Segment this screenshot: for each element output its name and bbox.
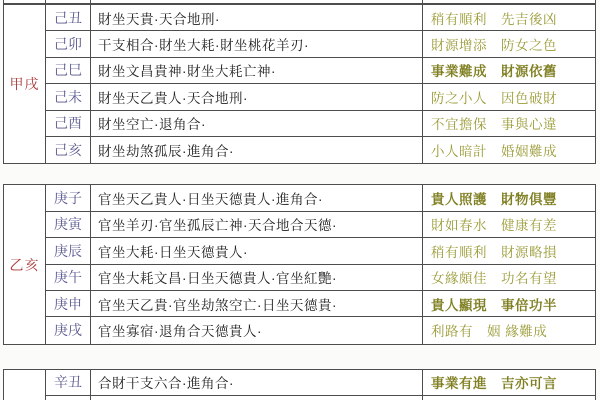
description-cell: 干支相合·財坐大耗·財坐桃花羊刃·: [91, 31, 423, 56]
section-rows: 己丑 財坐天貴·天合地刑· 稍有順利 先吉後凶 己卯 干支相合·財坐大耗·財坐桃…: [46, 5, 595, 163]
section-xin: 辛丑 合財干支六合·進角合· 事業有進 吉亦可言: [3, 369, 596, 400]
table-row: 庚子 官坐天乙貴人·日坐天德貴人·進角合· 貴人照護 財物俱豐: [46, 185, 595, 211]
ganzhi-cell: 己亥: [46, 137, 91, 163]
description-cell: 官坐天乙貴·官坐劫煞空亡·日坐天德貴·: [91, 291, 423, 316]
cutoff-cell: [46, 0, 91, 3]
table-row: 己未 財坐天乙貴人·天合地刑· 防之小人 因色破財: [46, 84, 595, 110]
description-cell: 財坐天乙貴人·天合地刑·: [91, 84, 423, 109]
ganzhi-cell: 庚子: [46, 185, 91, 210]
table-row: 己巳 財坐文昌貴神·財坐大耗亡神· 事業難成 財源依舊: [46, 58, 595, 84]
description-cell: 官坐羊刃·官坐孤辰亡神·天合地合天德·: [91, 212, 423, 237]
description-cell: 財坐天貴·天合地刑·: [91, 5, 423, 30]
verdict-cell: 女緣頗佳 功名有望: [423, 265, 595, 290]
description-cell: 財坐文昌貴神·財坐大耗亡神·: [91, 58, 423, 83]
table-row: 庚戌 官坐寡宿·退角合天德貴人· 利路有 姻 緣難成: [46, 317, 595, 343]
cutoff-cell: [423, 0, 595, 3]
cutoff-cell: [46, 396, 91, 400]
description-cell: 官坐天乙貴人·日坐天德貴人·進角合·: [91, 185, 423, 210]
description-cell: 官坐寡宿·退角合天德貴人·: [91, 317, 423, 343]
section-rows: 辛丑 合財干支六合·進角合· 事業有進 吉亦可言: [46, 370, 595, 400]
verdict-cell: 稍有順利 先吉後凶: [423, 5, 595, 30]
description-cell: 合財干支六合·進角合·: [91, 370, 423, 395]
section-jiaxu: 甲戌 己丑 財坐天貴·天合地刑· 稍有順利 先吉後凶 己卯 干支相合·財坐大耗·…: [3, 4, 596, 164]
fortune-table: 甲戌 己丑 財坐天貴·天合地刑· 稍有順利 先吉後凶 己卯 干支相合·財坐大耗·…: [3, 0, 596, 400]
day-pillar-label: 甲戌: [4, 5, 46, 163]
description-cell: 官坐大耗文昌·日坐天德貴人·官坐紅艷·: [91, 265, 423, 290]
section-rows: 庚子 官坐天乙貴人·日坐天德貴人·進角合· 貴人照護 財物俱豐 庚寅 官坐羊刃·…: [46, 185, 595, 343]
ganzhi-cell: 庚申: [46, 291, 91, 316]
cutoff-row-bottom: [46, 396, 595, 400]
verdict-cell: 小人暗計 婚姻難成: [423, 137, 595, 163]
ganzhi-cell: 己丑: [46, 5, 91, 30]
description-cell: 財坐劫煞孤辰·進角合·: [91, 137, 423, 163]
ganzhi-cell: 庚辰: [46, 238, 91, 263]
ganzhi-cell: 己卯: [46, 31, 91, 56]
verdict-cell: 不宜擔保 事與心違: [423, 111, 595, 136]
table-row: 己酉 財坐空亡·退角合· 不宜擔保 事與心違: [46, 111, 595, 137]
description-cell: 財坐空亡·退角合·: [91, 111, 423, 136]
section-yihai: 乙亥 庚子 官坐天乙貴人·日坐天德貴人·進角合· 貴人照護 財物俱豐 庚寅 官坐…: [3, 184, 596, 344]
ganzhi-cell: 己未: [46, 84, 91, 109]
cutoff-cell: [91, 396, 423, 400]
ganzhi-cell: 己巳: [46, 58, 91, 83]
ganzhi-cell: 庚寅: [46, 212, 91, 237]
table-row: 辛丑 合財干支六合·進角合· 事業有進 吉亦可言: [46, 370, 595, 396]
cutoff-cell: [423, 396, 595, 400]
table-row: 庚午 官坐大耗文昌·日坐天德貴人·官坐紅艷· 女緣頗佳 功名有望: [46, 265, 595, 291]
day-pillar-label: 乙亥: [4, 185, 46, 343]
cutoff-cell: [4, 0, 46, 3]
verdict-cell: 稍有順利 財源略損: [423, 238, 595, 263]
ganzhi-cell: 辛丑: [46, 370, 91, 395]
table-row: 庚辰 官坐大耗·日坐天德貴人· 稍有順利 財源略損: [46, 238, 595, 264]
table-row: 庚申 官坐天乙貴·官坐劫煞空亡·日坐天德貴· 貴人顯現 事倍功半: [46, 291, 595, 317]
verdict-cell: 貴人照護 財物俱豐: [423, 185, 595, 210]
day-pillar-label: [4, 370, 46, 400]
table-row: 庚寅 官坐羊刃·官坐孤辰亡神·天合地合天德· 財如春水 健康有差: [46, 212, 595, 238]
table-row: 己亥 財坐劫煞孤辰·進角合· 小人暗計 婚姻難成: [46, 137, 595, 163]
cutoff-cell: [91, 0, 423, 3]
verdict-cell: 財源增添 防女之色: [423, 31, 595, 56]
verdict-cell: 利路有 姻 緣難成: [423, 317, 595, 343]
ganzhi-cell: 己酉: [46, 111, 91, 136]
day-pillar-text: 乙亥: [10, 255, 40, 275]
table-row: 己丑 財坐天貴·天合地刑· 稍有順利 先吉後凶: [46, 5, 595, 31]
day-pillar-text: 甲戌: [10, 74, 40, 94]
ganzhi-cell: 庚戌: [46, 317, 91, 343]
ganzhi-cell: 庚午: [46, 265, 91, 290]
verdict-cell: 事業有進 吉亦可言: [423, 370, 595, 395]
verdict-cell: 事業難成 財源依舊: [423, 58, 595, 83]
description-cell: 官坐大耗·日坐天德貴人·: [91, 238, 423, 263]
bazi-fortune-table-page: 甲戌 己丑 財坐天貴·天合地刑· 稍有順利 先吉後凶 己卯 干支相合·財坐大耗·…: [0, 0, 600, 400]
verdict-cell: 貴人顯現 事倍功半: [423, 291, 595, 316]
verdict-cell: 防之小人 因色破財: [423, 84, 595, 109]
table-row: 己卯 干支相合·財坐大耗·財坐桃花羊刃· 財源增添 防女之色: [46, 31, 595, 57]
verdict-cell: 財如春水 健康有差: [423, 212, 595, 237]
